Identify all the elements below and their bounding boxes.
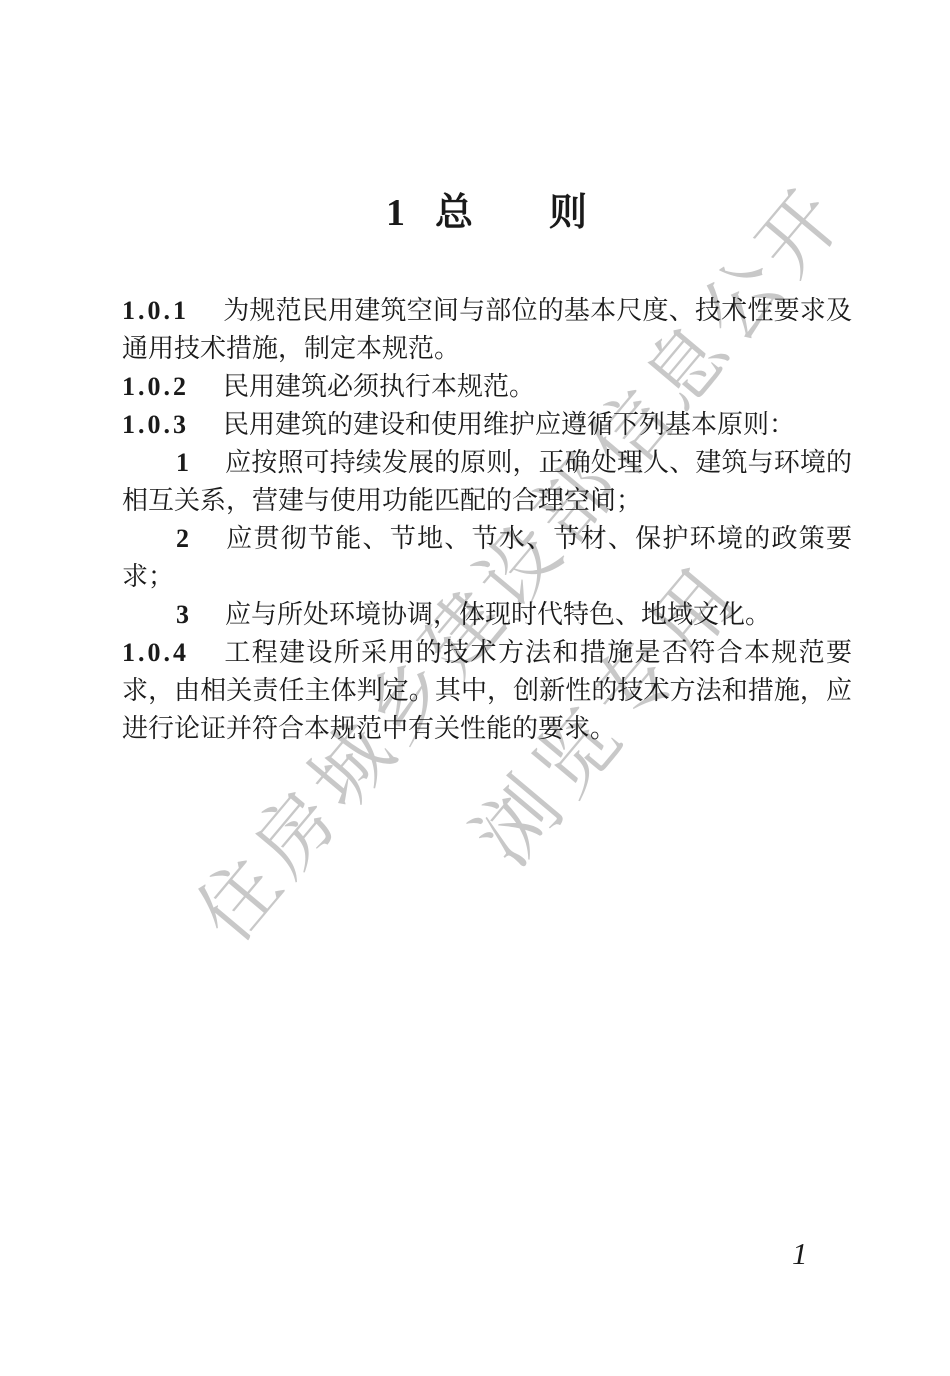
document-page: 住房城乡建设部信息公开 浏览专用 1总则 1.0.1为规范民用建筑空间与部位的基… (0, 0, 950, 1376)
clause-number: 1.0.3 (122, 410, 223, 439)
item-number: 2 (176, 524, 225, 553)
body-text: 1.0.1为规范民用建筑空间与部位的基本尺度、技术性要求及通用技术措施，制定本规… (122, 292, 852, 748)
list-item-2: 2应贯彻节能、节地、节水、节材、保护环境的政策要求； (122, 520, 852, 596)
clause-1-0-2: 1.0.2民用建筑必须执行本规范。 (122, 368, 852, 406)
clause-text: 工程建设所采用的技术方法和措施是否符合本规范要求，由相关责任主体判定。其中，创新… (122, 638, 852, 743)
item-text: 应按照可持续发展的原则，正确处理人、建筑与环境的相互关系，营建与使用功能匹配的合… (122, 448, 852, 515)
clause-text: 民用建筑的建设和使用维护应遵循下列基本原则： (223, 410, 795, 439)
list-item-3: 3应与所处环境协调，体现时代特色、地域文化。 (122, 596, 852, 634)
clause-1-0-4: 1.0.4工程建设所采用的技术方法和措施是否符合本规范要求，由相关责任主体判定。… (122, 634, 852, 748)
item-text: 应与所处环境协调，体现时代特色、地域文化。 (225, 600, 771, 629)
clause-text: 为规范民用建筑空间与部位的基本尺度、技术性要求及通用技术措施，制定本规范。 (122, 296, 852, 363)
clause-number: 1.0.1 (122, 296, 223, 325)
chapter-title-char-2: 则 (549, 192, 587, 234)
clause-number: 1.0.4 (122, 638, 223, 667)
chapter-title-char-1: 总 (435, 192, 473, 234)
page-number: 1 (792, 1236, 808, 1272)
item-text: 应贯彻节能、节地、节水、节材、保护环境的政策要求； (122, 524, 852, 591)
chapter-number: 1 (386, 192, 405, 234)
clause-1-0-1: 1.0.1为规范民用建筑空间与部位的基本尺度、技术性要求及通用技术措施，制定本规… (122, 292, 852, 368)
item-number: 1 (176, 448, 225, 477)
chapter-heading: 1总则 (386, 190, 587, 236)
list-item-1: 1应按照可持续发展的原则，正确处理人、建筑与环境的相互关系，营建与使用功能匹配的… (122, 444, 852, 520)
clause-number: 1.0.2 (122, 372, 223, 401)
clause-1-0-3: 1.0.3民用建筑的建设和使用维护应遵循下列基本原则： (122, 406, 852, 444)
item-number: 3 (176, 600, 225, 629)
clause-text: 民用建筑必须执行本规范。 (223, 372, 535, 401)
